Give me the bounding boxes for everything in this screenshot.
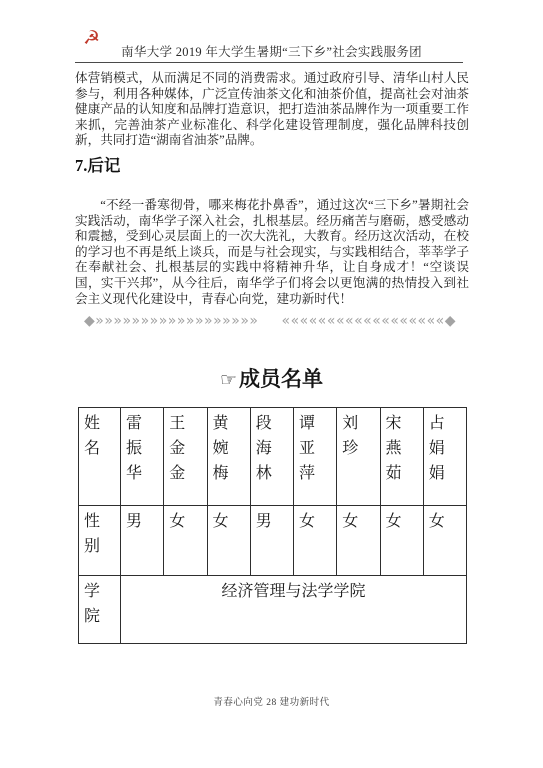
document-page: ☭ 南华大学 2019 年大学生暑期“三下乡”社会实践服务团 体营销模式，从而满… [0,0,543,768]
gender-cell: 女 [380,506,423,576]
members-list-title: ☞成员名单 [0,363,543,393]
table-row-names: 姓名 雷振华 王金金 黄婉梅 段海林 谭亚萍 刘珍 宋燕茹 占娟娟 [79,408,467,506]
name-cell: 王金金 [164,408,207,506]
member-name: 段海林 [256,411,274,486]
gender-cell: 女 [207,506,250,576]
member-name: 雷振华 [126,411,144,486]
member-name: 黄婉梅 [213,411,231,486]
gender-cell: 男 [250,506,293,576]
row-header-gender-label: 性别 [84,509,102,559]
page-footer: 青春心向党 28 建功新时代 [0,694,543,708]
row-header-name-label: 姓名 [84,411,102,461]
paragraph-postscript: “不经一番寒彻骨，哪来梅花扑鼻香”，通过这次“三下乡”暑期社会实践活动，南华学子… [75,198,469,307]
paragraph-oil-tea-brand: 体营销模式，从而满足不同的消费需求。通过政府引导、清华山村人民参与，利用各种媒体… [75,71,469,149]
name-cell: 黄婉梅 [207,408,250,506]
name-cell: 占娟娟 [423,408,466,506]
name-cell: 宋燕茹 [380,408,423,506]
section-heading-postscript: 7.后记 [75,152,120,176]
header-rule [75,62,463,63]
row-header-name: 姓名 [79,408,121,506]
gender-cell: 女 [423,506,466,576]
header-title: 南华大学 2019 年大学生暑期“三下乡”社会实践服务团 [75,42,468,60]
member-name: 宋燕茹 [386,411,404,486]
gender-cell: 女 [164,506,207,576]
member-name: 谭亚萍 [299,411,317,486]
name-cell: 刘珍 [337,408,380,506]
row-header-college: 学院 [79,576,121,644]
row-header-college-label: 学院 [84,579,102,629]
pointing-hand-icon: ☞ [220,369,237,391]
gender-cell: 男 [121,506,164,576]
row-header-gender: 性别 [79,506,121,576]
table-row-college: 学院 经济管理与法学学院 [79,576,467,644]
divider-left-branch-icon: ◆»»»»»»»»»»»»»»»»»» [84,313,258,329]
gender-cell: 女 [337,506,380,576]
members-title-text: 成员名单 [239,367,323,391]
gender-cell: 女 [294,506,337,576]
ornamental-divider: ◆»»»»»»»»»»»»»»»»»» ««««««««««««««««««◆ [84,313,456,329]
member-name: 刘珍 [342,411,360,461]
college-cell: 经济管理与法学学院 [121,576,467,644]
name-cell: 段海林 [250,408,293,506]
table-row-genders: 性别 男 女 女 男 女 女 女 女 [79,506,467,576]
members-table: 姓名 雷振华 王金金 黄婉梅 段海林 谭亚萍 刘珍 宋燕茹 占娟娟 性别 男 女… [78,407,467,644]
member-name: 占娟娟 [429,411,447,486]
name-cell: 雷振华 [121,408,164,506]
name-cell: 谭亚萍 [294,408,337,506]
member-name: 王金金 [169,411,187,486]
divider-right-branch-icon: ««««««««««««««««««◆ [282,313,456,329]
